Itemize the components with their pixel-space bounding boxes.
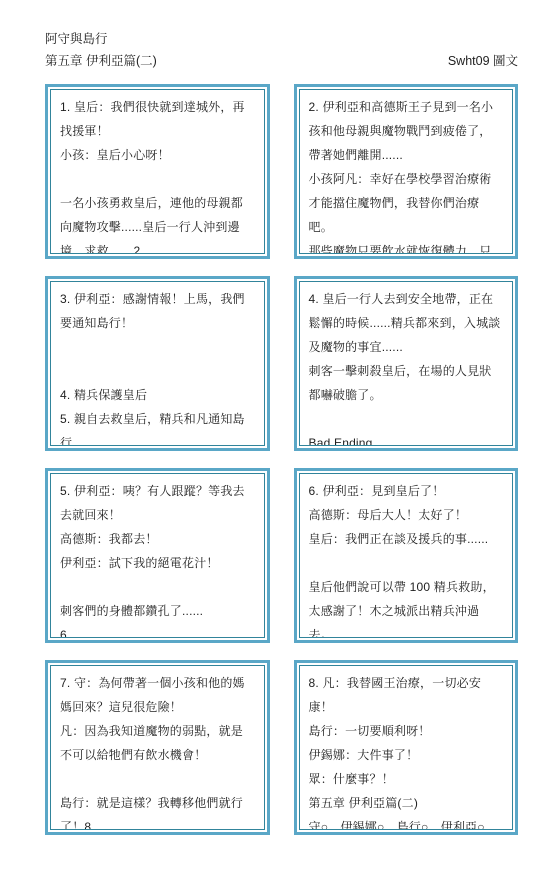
story-paragraph xyxy=(60,767,255,791)
story-paragraph: 守○ 伊錫娜○ 島行○ 伊利亞○ xyxy=(309,815,504,830)
author-credit: Swht09 圖文 xyxy=(448,50,518,72)
document-page: 阿守與島行 第五章 伊利亞篇(二) Swht09 圖文 1. 皇后：我們很快就到… xyxy=(0,0,560,890)
story-paragraph: 皇后他們說可以帶 100 精兵救助，太感謝了！木之城派出精兵沖過去。 xyxy=(309,575,504,638)
story-paragraph: 高德斯：我都去！ xyxy=(60,527,255,551)
story-title: 阿守與島行 xyxy=(45,28,518,50)
document-header: 阿守與島行 第五章 伊利亞篇(二) Swht09 圖文 xyxy=(45,28,518,72)
story-paragraph xyxy=(60,167,255,191)
story-paragraph: 刺客一擊刺殺皇后，在場的人見狀都嚇破膽了。 xyxy=(309,359,504,407)
story-paragraph xyxy=(60,335,255,359)
story-paragraph xyxy=(309,551,504,575)
story-paragraph: 2. 伊利亞和高德斯王子見到一名小孩和他母親與魔物戰鬥到疲倦了，帶著她們離開..… xyxy=(309,95,504,167)
story-paragraph: 刺客們的身體都鑽孔了...... xyxy=(60,599,255,623)
story-box-5-content: 5. 伊利亞：咦？有人跟蹤？等我去去就回來！高德斯：我都去！伊利亞：試下我的絕電… xyxy=(50,473,265,638)
story-paragraph: 島行：就是這樣？我轉移他們就行了！8. xyxy=(60,791,255,830)
story-box-6: 6. 伊利亞：見到皇后了！高德斯：母后大人！太好了！皇后：我們正在談及援兵的事.… xyxy=(294,468,519,643)
story-paragraph xyxy=(60,359,255,383)
story-box-4: 4. 皇后一行人去到安全地帶，正在鬆懈的時候......精兵都來到，入城談及魔物… xyxy=(294,276,519,451)
story-box-1: 1. 皇后：我們很快就到達城外，再找援軍！小孩：皇后小心呀！一名小孩勇救皇后，連… xyxy=(45,84,270,259)
story-paragraph: 高德斯：母后大人！太好了！ xyxy=(309,503,504,527)
story-box-5: 5. 伊利亞：咦？有人跟蹤？等我去去就回來！高德斯：我都去！伊利亞：試下我的絕電… xyxy=(45,468,270,643)
story-box-2: 2. 伊利亞和高德斯王子見到一名小孩和他母親與魔物戰鬥到疲倦了，帶著她們離開..… xyxy=(294,84,519,259)
story-paragraph: 第五章 伊利亞篇(二) xyxy=(309,791,504,815)
story-paragraph: 小孩：皇后小心呀！ xyxy=(60,143,255,167)
story-paragraph: 4. 皇后一行人去到安全地帶，正在鬆懈的時候......精兵都來到，入城談及魔物… xyxy=(309,287,504,359)
story-box-7: 7. 守：為何帶著一個小孩和他的媽媽回來？這兒很危險！凡：因為我知道魔物的弱點，… xyxy=(45,660,270,835)
story-paragraph: 5. 伊利亞：咦？有人跟蹤？等我去去就回來！ xyxy=(60,479,255,527)
story-box-7-content: 7. 守：為何帶著一個小孩和他的媽媽回來？這兒很危險！凡：因為我知道魔物的弱點，… xyxy=(50,665,265,830)
story-paragraph: 小孩阿凡：幸好在學校學習治療術才能擋住魔物們，我替你們治療吧。 xyxy=(309,167,504,239)
story-paragraph: 4. 精兵保護皇后 xyxy=(60,383,255,407)
story-paragraph: 5. 親自去救皇后，精兵和凡通知島行 xyxy=(60,407,255,446)
story-paragraph: 伊利亞：試下我的絕電花汁！ xyxy=(60,551,255,575)
story-paragraph: 6. xyxy=(60,623,255,638)
chapter-row: 第五章 伊利亞篇(二) Swht09 圖文 xyxy=(45,50,518,72)
story-box-3-content: 3. 伊利亞：感謝情報！上馬，我們要通知島行！4. 精兵保護皇后5. 親自去救皇… xyxy=(50,281,265,446)
story-paragraph: 伊錫娜：大件事了！ xyxy=(309,743,504,767)
story-box-8-content: 8. 凡：我替國王治療，一切必安康！島行：一切要順利呀！伊錫娜：大件事了！眾：什… xyxy=(299,665,514,830)
story-box-3: 3. 伊利亞：感謝情報！上馬，我們要通知島行！4. 精兵保護皇后5. 親自去救皇… xyxy=(45,276,270,451)
chapter-title: 第五章 伊利亞篇(二) xyxy=(45,50,157,72)
story-paragraph: 7. 守：為何帶著一個小孩和他的媽媽回來？這兒很危險！ xyxy=(60,671,255,719)
story-paragraph: 一名小孩勇救皇后，連他的母親都向魔物攻擊......皇后一行人沖到邊境，求救..… xyxy=(60,191,255,254)
story-paragraph: 8. 凡：我替國王治療，一切必安康！ xyxy=(309,671,504,719)
story-paragraph: 1. 皇后：我們很快就到達城外，再找援軍！ xyxy=(60,95,255,143)
story-box-2-content: 2. 伊利亞和高德斯王子見到一名小孩和他母親與魔物戰鬥到疲倦了，帶著她們離開..… xyxy=(299,89,514,254)
story-paragraph: 3. 伊利亞：感謝情報！上馬，我們要通知島行！ xyxy=(60,287,255,335)
story-paragraph: 島行：一切要順利呀！ xyxy=(309,719,504,743)
story-paragraph: 凡：因為我知道魔物的弱點，就是不可以給牠們有飲水機會！ xyxy=(60,719,255,767)
story-paragraph xyxy=(60,575,255,599)
panel-grid: 1. 皇后：我們很快就到達城外，再找援軍！小孩：皇后小心呀！一名小孩勇救皇后，連… xyxy=(45,84,518,835)
story-box-6-content: 6. 伊利亞：見到皇后了！高德斯：母后大人！太好了！皇后：我們正在談及援兵的事.… xyxy=(299,473,514,638)
story-paragraph xyxy=(309,407,504,431)
story-box-8: 8. 凡：我替國王治療，一切必安康！島行：一切要順利呀！伊錫娜：大件事了！眾：什… xyxy=(294,660,519,835)
story-paragraph: Bad Ending xyxy=(309,431,504,446)
story-paragraph: 6. 伊利亞：見到皇后了！ xyxy=(309,479,504,503)
story-box-4-content: 4. 皇后一行人去到安全地帶，正在鬆懈的時候......精兵都來到，入城談及魔物… xyxy=(299,281,514,446)
story-paragraph: 皇后：我們正在談及援兵的事...... xyxy=(309,527,504,551)
story-paragraph: 那些魔物只要飲水就恢復體力，只要阻止魔物飲水就能打敗牠們。3. xyxy=(309,239,504,254)
story-box-1-content: 1. 皇后：我們很快就到達城外，再找援軍！小孩：皇后小心呀！一名小孩勇救皇后，連… xyxy=(50,89,265,254)
story-paragraph: 眾：什麼事？！ xyxy=(309,767,504,791)
